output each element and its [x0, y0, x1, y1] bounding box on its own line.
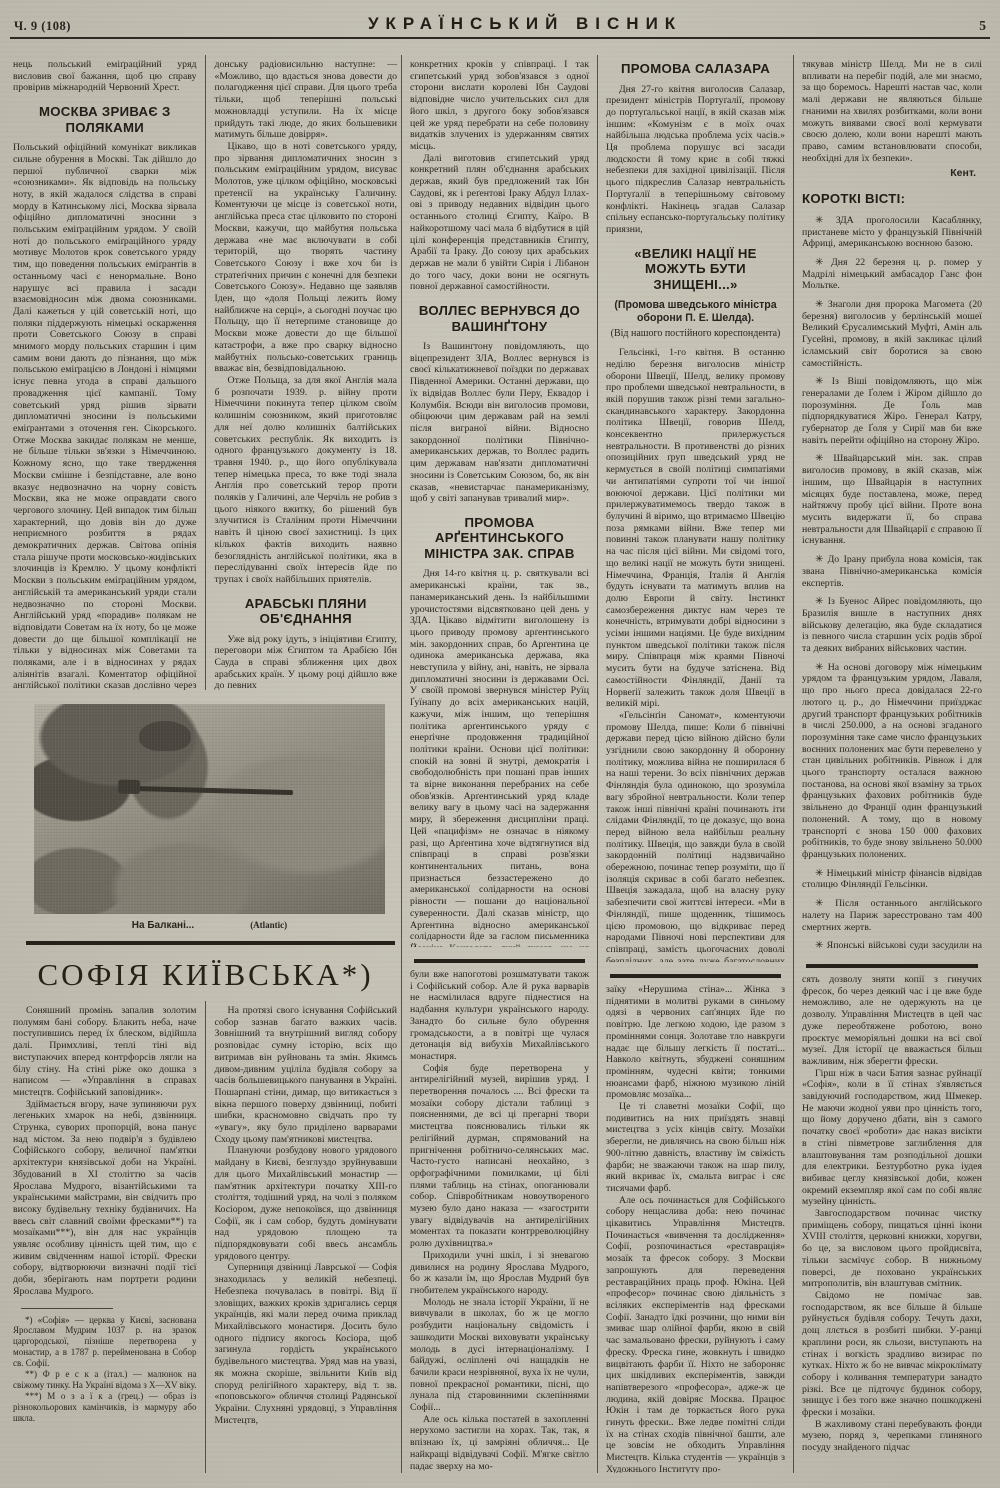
column-5: тякував міністр Шелд. Ми не в силі вплив… — [794, 55, 990, 1473]
feature-column-5: сять дозволу зняти копії з гинучих фресо… — [802, 968, 982, 1473]
article-subtitle: (Від нашого постійного кореспондента) — [606, 328, 785, 340]
article-continuation: тякував міністр Шелд. Ми не в силі вплив… — [802, 59, 982, 164]
newspaper-page: Ч. 9 (108) УКРАЇНСЬКИЙ ВІСНИК 5 нець пол… — [0, 0, 1000, 1488]
paragraph: *) «Софія» — церква у Києві, заснована Я… — [13, 1315, 197, 1370]
paragraph: ***) М о з а ї к а (грец.) — образ із рі… — [13, 1391, 197, 1424]
article-body: заїку «Нерушима стіна»... Жінка з піднят… — [606, 984, 785, 1473]
paragraph: В жахливому стані перебувають фонди музе… — [802, 1419, 982, 1454]
paragraph: Здіймається вгору, наче зупиняючи рух ле… — [13, 1099, 197, 1298]
photo-caption-row: На Балкані... (Atlantic) — [34, 920, 385, 931]
newspaper-title: УКРАЇНСЬКИЙ ВІСНИК — [368, 14, 682, 34]
issue-number: Ч. 9 (108) — [14, 19, 71, 34]
columns-1-2: нець польський еміґраційний уряд вислови… — [10, 55, 402, 1473]
paragraph: ✳ Японські військові суди засудили на ка… — [802, 940, 982, 952]
paragraph: нець польський еміґраційний уряд вислови… — [13, 59, 197, 94]
war-photograph — [34, 704, 385, 914]
page-header: Ч. 9 (108) УКРАЇНСЬКИЙ ВІСНИК 5 — [10, 4, 990, 39]
article-body: Із Вашинґтону повідомляють, що віцепрези… — [410, 341, 589, 505]
paragraph: ✳ ЗДА проголосили Касаблянку, пристаневе… — [802, 215, 982, 250]
rifle-shape — [132, 786, 294, 795]
article-headline: ВОЛЛЕС ВЕРНУВСЯ ДО ВАШИНҐТОНУ — [412, 303, 587, 334]
top-articles-left: нець польський еміґраційний уряд вислови… — [10, 55, 401, 690]
top-articles: ПРОМОВА САЛАЗАРА Дня 27-го квітня виголо… — [606, 55, 785, 962]
column-1: нець польський еміґраційний уряд вислови… — [10, 55, 206, 690]
column-4: ПРОМОВА САЛАЗАРА Дня 27-го квітня виголо… — [598, 55, 794, 1473]
paragraph: Дня 27-го квітня виголосив Салазар, през… — [606, 84, 785, 236]
paragraph: ✳ Із Віші повідомляють, що між генералам… — [802, 376, 982, 446]
paragraph: ✳ Швайцарський мін. зак. справ виголосив… — [802, 453, 982, 547]
article-body: Дня 14-го квітня ц. р. святкували всі ам… — [410, 568, 589, 947]
photo-block: На Балкані... (Atlantic) — [34, 704, 385, 931]
paragraph: були вже напоготові розшматувати також і… — [410, 969, 589, 1063]
paragraph: сять дозволу зняти копії з гинучих фресо… — [802, 974, 982, 1068]
paragraph: ✳ Німецький міністр фінансів відвідав ст… — [802, 868, 982, 891]
paragraph: Далі виготовив єгипетський уряд конкретн… — [410, 153, 589, 293]
paragraph: Свідомо не помічає зав. господарством, я… — [802, 1290, 982, 1419]
column-3: конкретних кроків у співпраці. І так єги… — [402, 55, 598, 1473]
article-body: Уже від року ідуть, з ініціятиви Єгипту,… — [215, 634, 398, 690]
article-continuation: нець польський еміґраційний уряд вислови… — [13, 59, 197, 94]
paragraph: заїку «Нерушима стіна»... Жінка з піднят… — [606, 984, 785, 1101]
article-body: На протязі свого існування Софійський со… — [215, 1005, 398, 1426]
paragraph: Суперниця дзвіниці Лаврської — Софія зна… — [215, 1262, 398, 1426]
photo-credit: (Atlantic) — [250, 920, 287, 930]
section-divider — [26, 941, 395, 945]
paragraph: Польський офіційний комунікат викликав с… — [13, 142, 197, 690]
paragraph: ✳ До Ірану прибула нова комісія, так зва… — [802, 554, 982, 589]
article-headline: «ВЕЛИКІ НАЦІЇ НЕ МОЖУТЬ БУТИ ЗНИЩЕНІ...» — [608, 246, 783, 293]
paragraph: Уже від року ідуть, з ініціятиви Єгипту,… — [215, 634, 398, 690]
article-continuation: конкретних кроків у співпраці. І так єги… — [410, 59, 589, 293]
feature-column-3: були вже напоготові розшматувати також і… — [410, 963, 589, 1473]
paragraph: «Гельсінґін Саномат», коментуючи промову… — [606, 710, 785, 962]
feature-column-2: На протязі свого існування Софійський со… — [206, 1001, 402, 1473]
page-number: 5 — [979, 18, 986, 34]
paragraph: донську радіовисильню наступне: — «Можли… — [215, 59, 398, 141]
paragraph: ✳ Із Буенос Айрес повідомляють, що Брази… — [802, 596, 982, 655]
article-headline: ПРОМОВА САЛАЗАРА — [608, 61, 783, 77]
paragraph: Дня 14-го квітня ц. р. святкували всі ам… — [410, 568, 589, 947]
article-body: Дня 27-го квітня виголосив Салазар, през… — [606, 84, 785, 236]
soldier-helmet-shape — [139, 721, 191, 751]
article-body: були вже напоготові розшматувати також і… — [410, 969, 589, 1472]
feature-column-4: заїку «Нерушима стіна»... Жінка з піднят… — [606, 978, 785, 1473]
paragraph: ✳ Дня 22 березня ц. р. помер у Мадрілі н… — [802, 257, 982, 292]
paragraph: ✳ Знаголи дня пророка Магомета (20 берез… — [802, 299, 982, 369]
paragraph: Гірш ніж в часи Батия зазнає руйнації «С… — [802, 1068, 982, 1208]
feature-article-title: СОФІЯ КИЇВСЬКА*) — [10, 957, 401, 993]
paragraph: Цікаво, що в ноті советського уряду, про… — [215, 141, 398, 375]
paragraph: Молодь не знала історії України, її не в… — [410, 1297, 589, 1414]
article-headline: ПРОМОВА АРҐЕНТИНСЬКОГО МІНІСТРА ЗАК. СПР… — [412, 515, 587, 562]
paragraph: На протязі свого існування Софійський со… — [215, 1005, 398, 1145]
article-headline: МОСКВА ЗРИВАЄ З ПОЛЯКАМИ — [15, 104, 195, 135]
article-headline: КОРОТКІ ВІСТІ: — [802, 191, 982, 207]
paragraph: Соняшний промінь запалив золотим полумям… — [13, 1005, 197, 1099]
paragraph: Це ті славетні мозаїки Софії, що подивит… — [606, 1101, 785, 1195]
paragraph: Отже Польща, за для якої Англія мала б р… — [215, 375, 398, 586]
top-articles: тякував міністр Шелд. Ми не в силі вплив… — [802, 55, 982, 952]
paragraph: Приходили учні шкіл, і зі зневагою дивил… — [410, 1250, 589, 1297]
paragraph: Завгосподарством починає чистку приміщен… — [802, 1208, 982, 1290]
page-body: нець польський еміґраційний уряд вислови… — [10, 55, 990, 1473]
paragraph: **) Ф р е с к а (італ.) — малюнок на сві… — [13, 1369, 197, 1391]
paragraph: Але ось кілька постатей в захопленні нер… — [410, 1414, 589, 1473]
article-continuation: донську радіовисильню наступне: — «Можли… — [215, 59, 398, 141]
footnotes: *) «Софія» — церква у Києві, заснована Я… — [13, 1315, 197, 1424]
article-subtitle: (Промова шведського міністра оборони П. … — [606, 299, 785, 325]
paragraph: ✳ На основі договору між німецьким урядо… — [802, 662, 982, 861]
short-news-list: ✳ ЗДА проголосили Касаблянку, пристаневе… — [802, 215, 982, 952]
paragraph: Але ось починається для Софійського собо… — [606, 1195, 785, 1473]
feature-article-left: Соняшний промінь запалив золотим полумям… — [10, 1001, 401, 1473]
article-body: Соняшний промінь запалив золотим полумям… — [13, 1005, 197, 1298]
column-2: донську радіовисильню наступне: — «Можли… — [206, 55, 402, 690]
article-body: Цікаво, що в ноті советського уряду, про… — [215, 141, 398, 586]
paragraph: конкретних кроків у співпраці. І так єги… — [410, 59, 589, 153]
article-body: Польський офіційний комунікат викликав с… — [13, 142, 197, 690]
article-body: Гельсінкі, 1-го квітня. В останню неділю… — [606, 347, 785, 962]
paragraph: Із Вашинґтону повідомляють, що віцепрези… — [410, 341, 589, 505]
feature-column-1: Соняшний промінь запалив золотим полумям… — [10, 1001, 206, 1473]
paragraph: Софія буде перетворена у антирелігійний … — [410, 1063, 589, 1250]
article-body: сять дозволу зняти копії з гинучих фресо… — [802, 974, 982, 1454]
footnote-divider — [21, 1308, 113, 1309]
paragraph: Плануючи розбудову нового урядового майд… — [215, 1145, 398, 1262]
article-headline: АРАБСЬКІ ПЛЯНИ ОБ'ЄДНАННЯ — [217, 596, 396, 627]
photo-caption: На Балкані... — [132, 920, 194, 931]
paragraph: Гельсінкі, 1-го квітня. В останню неділю… — [606, 347, 785, 710]
author-signature: Кент. — [802, 167, 976, 179]
paragraph: ✳ Після останнього англійського налету н… — [802, 898, 982, 933]
top-articles: конкретних кроків у співпраці. І так єги… — [410, 55, 589, 947]
paragraph: тякував міністр Шелд. Ми не в силі вплив… — [802, 59, 982, 164]
